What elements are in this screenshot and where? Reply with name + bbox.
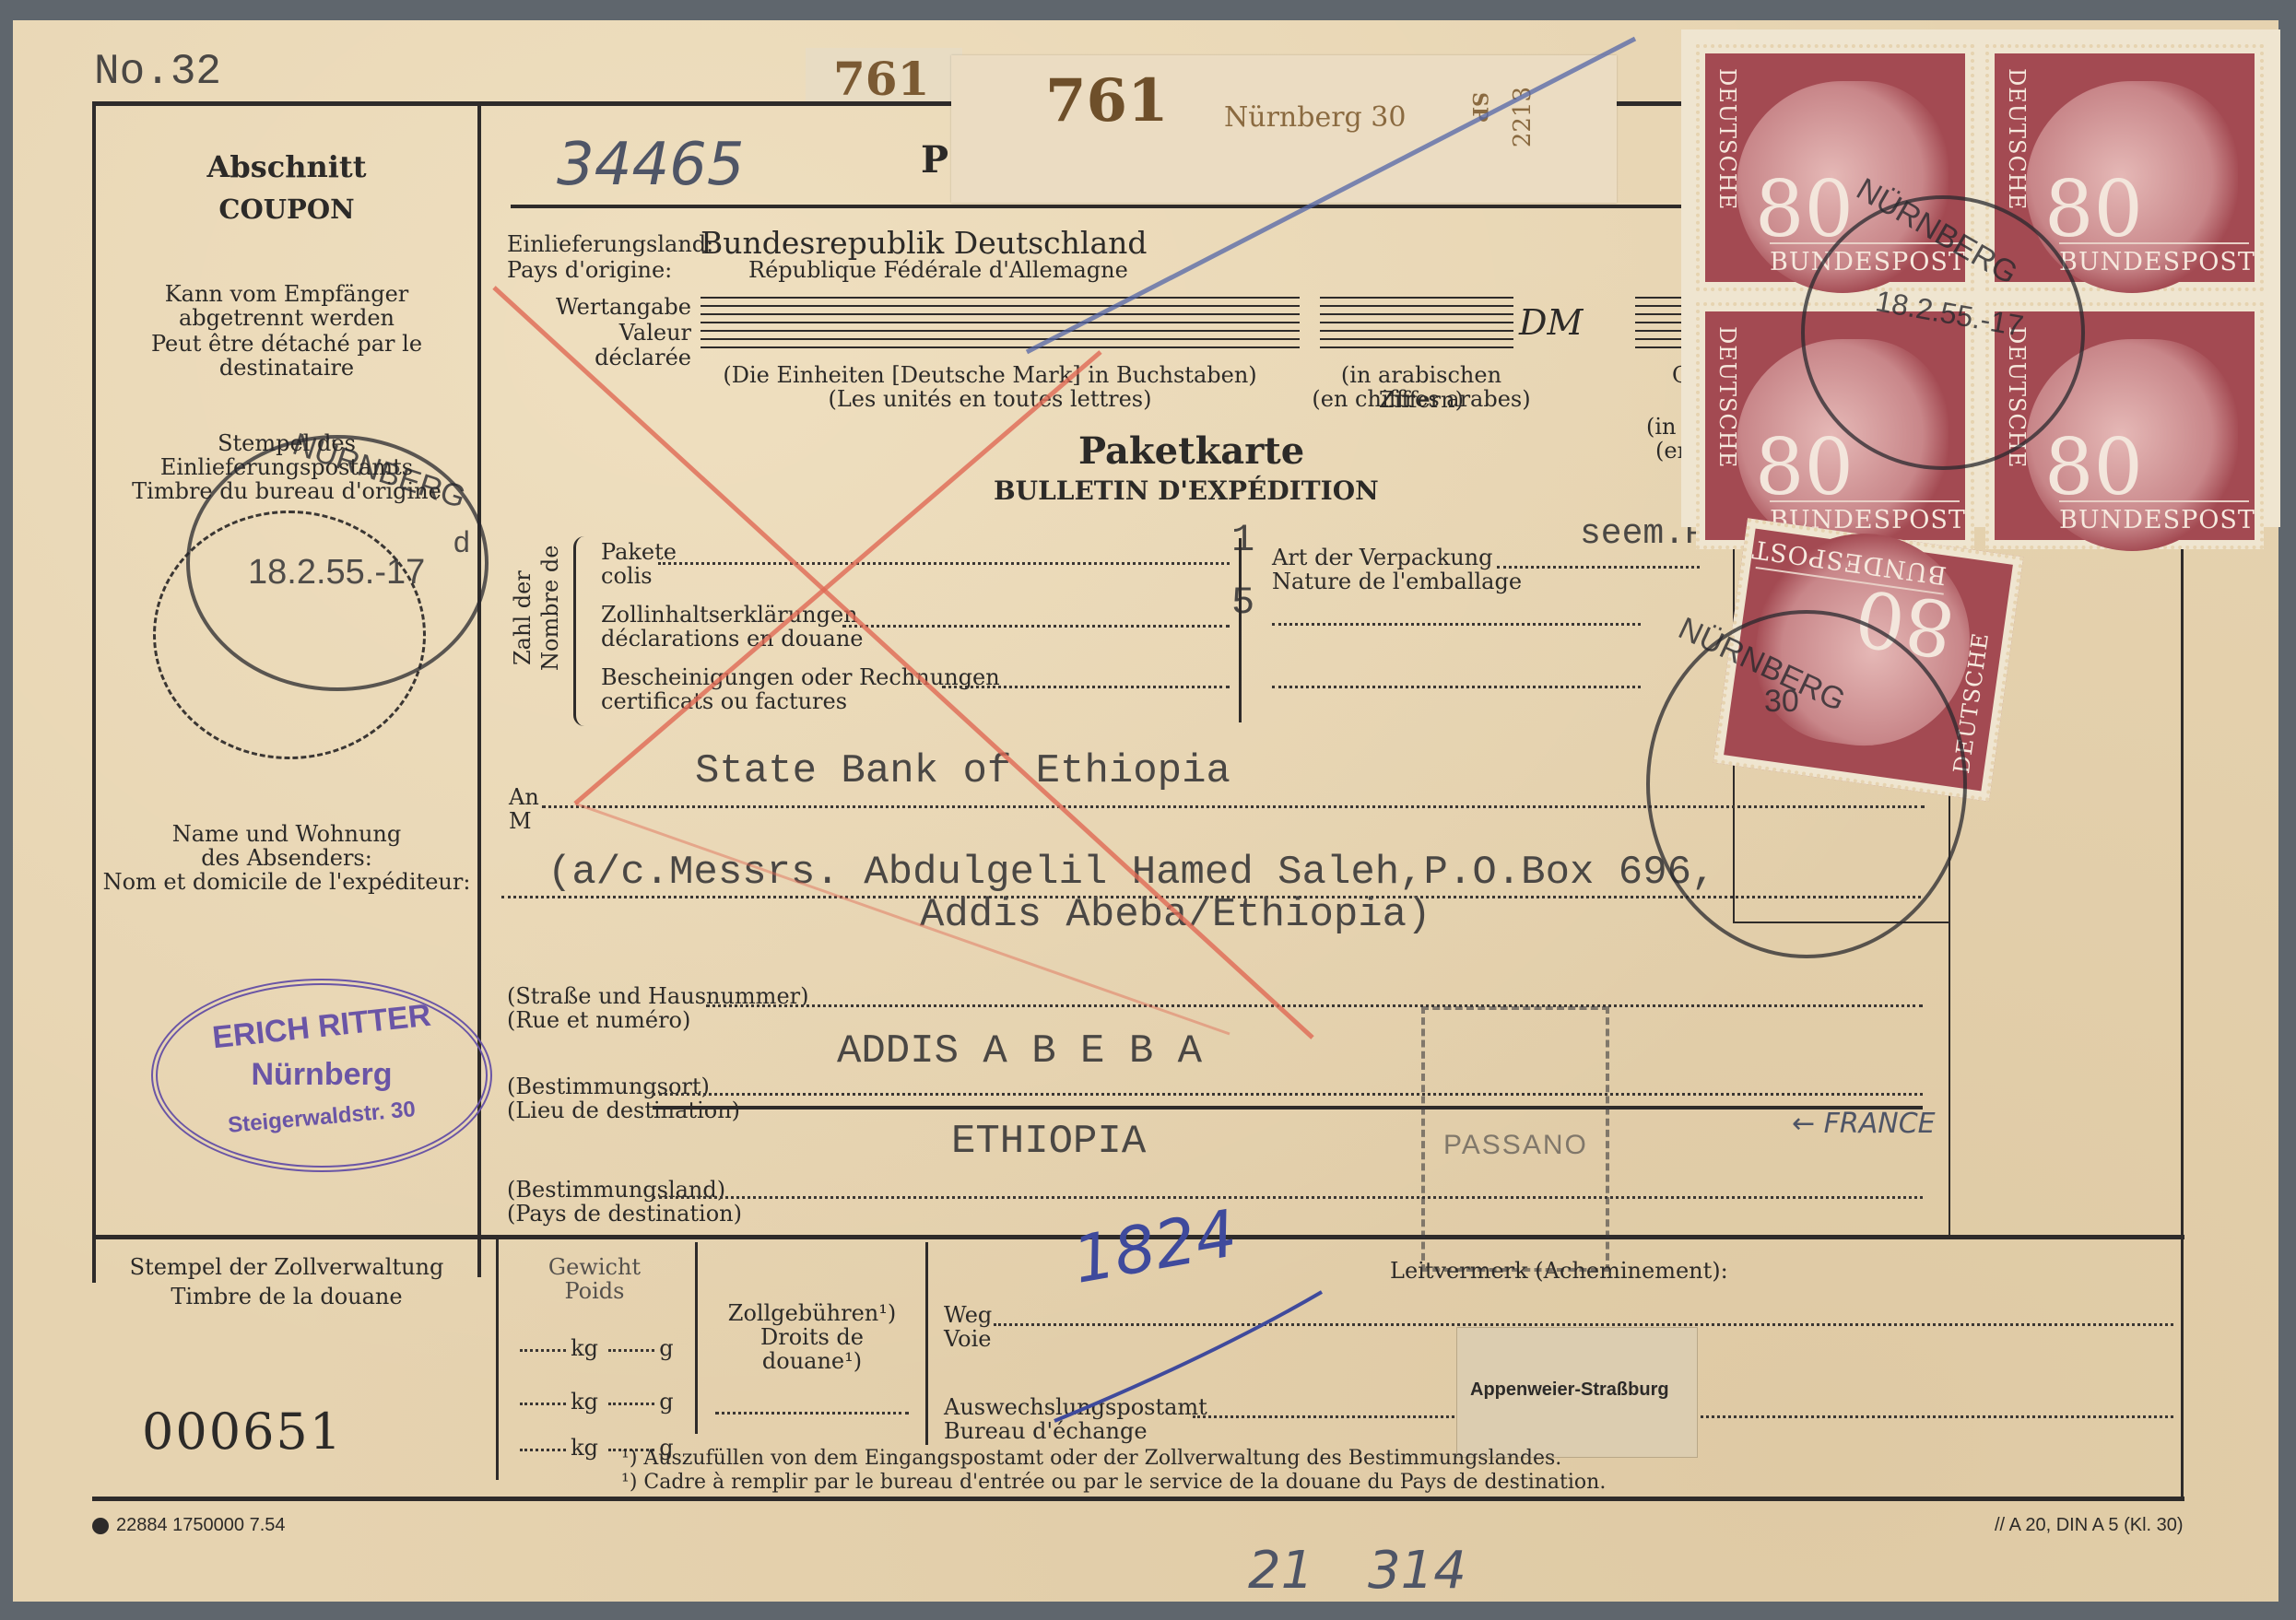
parcel-card: No.32 Abschnitt COUPON Kann vom Empfänge…: [13, 20, 2278, 1602]
blue-pencil-stroke: [1027, 39, 1635, 352]
blue-underline-stroke: [1054, 1292, 1322, 1421]
pencil-marks: [13, 20, 2278, 1602]
red-cross-stroke-2: [575, 352, 1101, 804]
red-cross-stroke-3: [575, 804, 1230, 1034]
red-cross-stroke-1: [494, 288, 1313, 1038]
